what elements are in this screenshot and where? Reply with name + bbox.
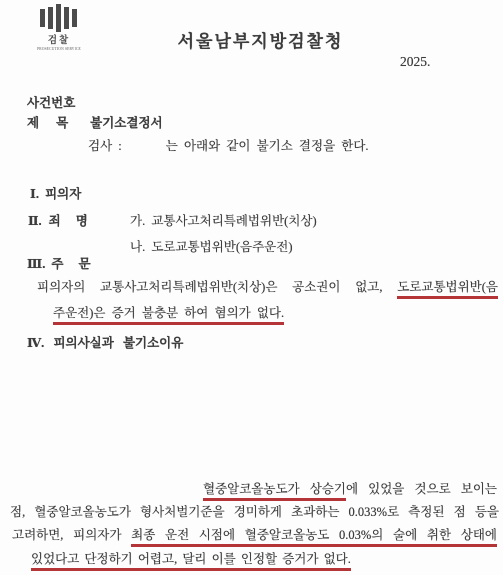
reasoning-underlined-1: 혈중알코올농도가 상승기	[203, 482, 346, 501]
order-text-underlined-1: 도로교통법위반(음	[397, 280, 498, 299]
section-3-heading: Ⅲ.주문	[27, 257, 91, 272]
charge-item-a: 가. 교통사고처리특례법위반(치상)	[130, 214, 317, 229]
section-2-title-a: 죄	[49, 214, 61, 228]
reasoning-line-2: 점, 혈중알코올농도가 형사처벌기준을 경미하게 초과하는 0.033%로 측정…	[10, 505, 499, 520]
reasoning-underlined-3: 최종 운전 시점에 혈중알코올농도 0.03%의 술에 취한 상태에	[131, 528, 497, 547]
document-year: 2025.	[400, 54, 430, 69]
order-text-underlined-2: 주운전)은 증거 불충분 하여 혐의가 없다.	[53, 306, 284, 325]
section-3-title-b: 문	[78, 257, 90, 271]
subject-line: 제목불기소결정서	[27, 116, 163, 131]
section-2-heading: Ⅱ.죄명	[28, 214, 88, 229]
document-page: 검찰 PROSECUTION SERVICE 서울남부지방검찰청 2025. 사…	[0, 0, 503, 575]
section-3-title-a: 주	[51, 257, 63, 271]
case-number-label: 사건번호	[27, 96, 75, 111]
prosecutor-line: 검사 :는 아래와 같이 불기소 결정을 한다.	[88, 139, 369, 154]
subject-value: 불기소결정서	[90, 116, 162, 131]
reasoning-line-1: 혈중알코올농도가 상승기에 있었을 것으로 보이는	[203, 482, 497, 497]
section-3-numeral: Ⅲ.	[27, 257, 45, 271]
prosecutor-label: 검사 :	[88, 139, 122, 153]
subject-label-a: 제	[27, 116, 39, 131]
charge-item-b: 나. 도로교통법위반(음주운전)	[130, 240, 292, 255]
order-body-line-1: 피의자의 교통사고처리특례법위반(치상)은 공소권이 없고, 도로교통법위반(음	[37, 280, 498, 295]
section-2-title-b: 명	[76, 214, 88, 228]
reasoning-line-3: 고려하면, 피의자가 최종 운전 시점에 혈중알코올농도 0.03%의 술에 취…	[12, 528, 497, 543]
prosecutor-statement: 는 아래와 같이 불기소 결정을 한다.	[166, 139, 369, 153]
section-1-title: 피의자	[45, 187, 81, 201]
section-1-heading: Ⅰ. 피의자	[30, 187, 81, 202]
section-2-numeral: Ⅱ.	[28, 214, 42, 228]
order-body-line-2: 주운전)은 증거 불충분 하여 혐의가 없다.	[53, 306, 284, 321]
order-text-plain: 피의자의 교통사고처리특례법위반(치상)은 공소권이 없고,	[37, 280, 382, 294]
office-title: 서울남부지방검찰청	[9, 27, 503, 52]
subject-label-b: 목	[56, 116, 68, 131]
section-1-numeral: Ⅰ.	[30, 187, 39, 201]
reasoning-underlined-4: 있었다고 단정하기 어렵고, 달리 이를 인정할 증거가 없다.	[31, 552, 351, 571]
section-4-title: 피의사실과 불기소이유	[53, 336, 183, 350]
reasoning-plain-3: 고려하면, 피의자가	[12, 528, 121, 542]
reasoning-plain-1: 에 있었을 것으로 보이는	[346, 482, 497, 496]
section-4-numeral: Ⅳ.	[27, 336, 44, 350]
reasoning-line-4: 있었다고 단정하기 어렵고, 달리 이를 인정할 증거가 없다.	[31, 552, 351, 567]
section-4-heading: Ⅳ. 피의사실과 불기소이유	[27, 336, 183, 351]
